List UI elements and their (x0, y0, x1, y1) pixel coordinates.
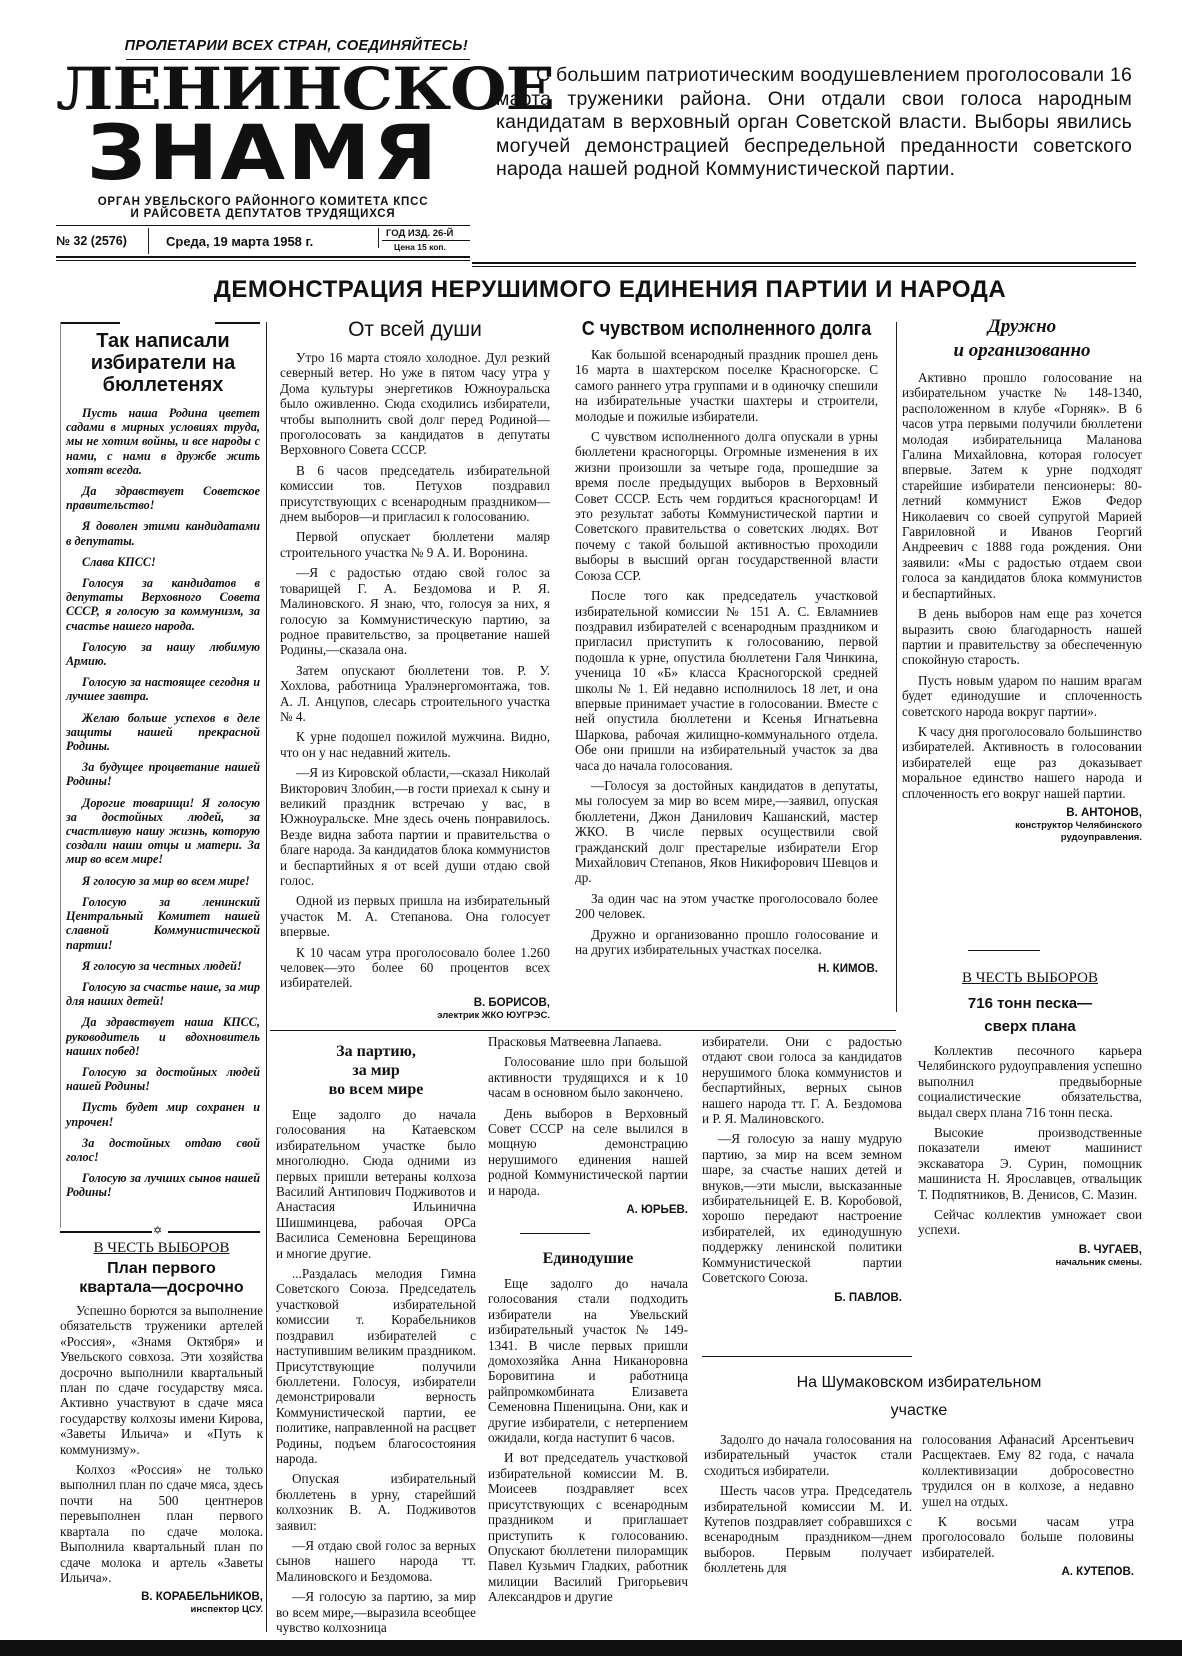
party-paragraph: Опуская избирательный бюллетень в урну, … (276, 1471, 476, 1533)
ballot-inscription: Да здравствует Советское правительство! (66, 484, 260, 512)
lead-paragraph: С большим патриотическим воодушевлением … (496, 64, 1132, 182)
sand-article: В ЧЕСТЬ ВЫБОРОВ 716 тонн песка— сверх пл… (918, 970, 1142, 1269)
duty-title: С чувством исполненного долга (575, 316, 878, 340)
soul-paragraph: Первой опускает бюллетени маляр строител… (280, 529, 550, 560)
ballot-inscription: За будущее процветание нашей Родины! (66, 760, 260, 788)
ballots-list: Пусть наша Родина цветет садами в мирных… (66, 406, 260, 1200)
ballot-inscription: Да здравствует наша КПСС, руководитель и… (66, 1015, 260, 1058)
organ-line2: И РАЙСОВЕТА ДЕПУТАТОВ ТРУДЯЩИХСЯ (56, 208, 470, 220)
unanimity-author: Б. ПАВЛОВ. (702, 1291, 902, 1305)
party-author: А. ЮРЬЕВ. (488, 1203, 688, 1217)
shumakovo-paragraph: Задолго до начала голосования на избират… (704, 1432, 912, 1478)
ballot-inscription: Голосую за ленинский Центральный Комитет… (66, 895, 260, 952)
ballot-inscription: Слава КПСС! (66, 555, 260, 569)
sand-rubric: В ЧЕСТЬ ВЫБОРОВ (918, 970, 1142, 987)
unanimity-paragraph: —Я голосую за нашу мудрую партию, за мир… (702, 1131, 902, 1285)
party-paragraph: —Я голосую за партию, за мир во всем мир… (276, 1589, 476, 1635)
party-title-line1: За партию, (276, 1042, 476, 1061)
friendly-author-title: рудоуправления. (902, 832, 1142, 844)
plan-author: В. КОРАБЕЛЬНИКОВ, (60, 1590, 263, 1604)
sand-paragraph: Коллектив песочного карьера Челябинского… (918, 1043, 1142, 1120)
soul-paragraph: К урне подошел пожилой мужчина. Видно, ч… (280, 729, 550, 760)
shumakovo-paragraph: голосования Афанасий Арсентьевич Расщект… (922, 1432, 1134, 1509)
issue-number: № 32 (2576) (56, 234, 127, 248)
friendly-title-line1: Дружно (902, 316, 1142, 338)
shumakovo-article: На Шумаковском избирательном участке Зад… (704, 1374, 1134, 1428)
party-paragraph: —Я отдаю свой голос за верных сынов наше… (276, 1538, 476, 1584)
party-paragraph: Голосование шло при большой активности т… (488, 1054, 688, 1100)
sand-title-line1: 716 тонн песка— (918, 995, 1142, 1012)
sand-paragraph: Высокие производственные показатели имею… (918, 1125, 1142, 1202)
duty-paragraph: За один час на этом участке проголосовал… (575, 891, 878, 922)
duty-paragraph: После того как председатель участковой и… (575, 588, 878, 773)
masthead: ПРОЛЕТАРИИ ВСЕХ СТРАН, СОЕДИНЯЙТЕСЬ! ЛЕН… (56, 38, 470, 220)
ballot-inscription: Я голосую за мир во всем мире! (66, 874, 260, 888)
ballot-inscription: Я голосую за честных людей! (66, 959, 260, 973)
party-title-line3: во всем мире (276, 1080, 476, 1099)
ballots-title: Так написали избиратели на бюллетенях (66, 330, 260, 396)
sand-paragraph: Сейчас коллектив умножает свои успехи. (918, 1207, 1142, 1238)
shumakovo-paragraph: К восьми часам утра проголосовало больше… (922, 1514, 1134, 1560)
plan-paragraph: Успешно борются за выполнение обязательс… (60, 1303, 263, 1457)
friendly-article: Дружно и организованно Активно прошло го… (902, 316, 1142, 844)
unanimity-title: Единодушие (488, 1250, 688, 1268)
plan-rubric: В ЧЕСТЬ ВЫБОРОВ (60, 1240, 263, 1257)
party-paragraph: Еще задолго до начала голосования на Кат… (276, 1107, 476, 1261)
friendly-paragraph: Активно прошло голосование на избиратель… (902, 370, 1142, 601)
newspaper-title-line2: ЗНАМЯ (35, 116, 490, 190)
shumakovo-title-line2: участке (704, 1402, 1134, 1420)
shumakovo-title-line1: На Шумаковском избирательном (704, 1374, 1134, 1392)
soul-paragraph: К 10 часам утра проголосовало более 1.26… (280, 945, 550, 991)
friendly-paragraph: К часу дня проголосовало большинство изб… (902, 724, 1142, 801)
slogan: ПРОЛЕТАРИИ ВСЕХ СТРАН, СОЕДИНЯЙТЕСЬ! (56, 38, 470, 54)
party-paragraph: День выборов в Верховный Совет СССР на с… (488, 1106, 688, 1198)
soul-paragraph: Утро 16 марта стояло холодное. Дул резки… (280, 350, 550, 458)
party-paragraph: Прасковья Матвеевна Лапаева. (488, 1034, 688, 1049)
plan-title: План первого квартала—досрочно (60, 1259, 263, 1297)
unanimity-article-continued: избиратели. Они с радостью отдают свои г… (702, 1034, 902, 1305)
soul-paragraph: —Я из Кировской области,—сказал Николай … (280, 765, 550, 888)
ballot-inscription: Желаю больше успехов в деле защиты нашей… (66, 711, 260, 754)
duty-paragraph: Как большой всенародный праздник прошел … (575, 347, 878, 424)
soul-paragraph: В 6 часов председатель избирательной ком… (280, 463, 550, 525)
soul-paragraph: —Я с радостью отдаю свой голос за товари… (280, 565, 550, 657)
soul-paragraph: Одной из первых пришла на избирательный … (280, 893, 550, 939)
soul-title: От всей души (280, 318, 550, 342)
ballot-inscription: Голосую за лучших сынов нашей Родины! (66, 1171, 260, 1199)
duty-paragraph: —Голосуя за достойных кандидатов в депут… (575, 778, 878, 886)
soul-article: От всей души Утро 16 марта стояло холодн… (280, 318, 550, 1022)
party-paragraph: ...Раздалась мелодия Гимна Советского Со… (276, 1266, 476, 1466)
ballot-inscription: Я доволен этими кандидатами в депутаты. (66, 519, 260, 547)
friendly-author-title: конструктор Челябинского (902, 820, 1142, 832)
friendly-author: В. АНТОНОВ, (902, 806, 1142, 820)
party-title-line2: за мир (276, 1061, 476, 1080)
ballot-inscription: Голосую за нашу любимую Армию. (66, 640, 260, 668)
price: Цена 15 коп. (394, 242, 446, 252)
soul-paragraph: Затем опускают бюллетени тов. Р. У. Хохл… (280, 663, 550, 725)
star-ornament-icon: ✡ (153, 1224, 162, 1237)
issue-date: Среда, 19 марта 1958 г. (166, 234, 313, 249)
friendly-title-line2: и организованно (902, 340, 1142, 362)
duty-author: Н. КИМОВ. (575, 962, 878, 976)
sand-author-title: начальник смены. (918, 1257, 1142, 1269)
duty-paragraph: Дружно и организованно прошло голосовани… (575, 927, 878, 958)
duty-article: С чувством исполненного долга Как большо… (575, 318, 878, 976)
sand-title-line2: сверх плана (918, 1018, 1142, 1035)
plan-paragraph: Колхоз «Россия» не только выполнил план … (60, 1462, 263, 1585)
ballot-inscription: Пусть будет мир сохранен и упрочен! (66, 1100, 260, 1128)
shumakovo-paragraph: Шесть часов утра. Председатель избирател… (704, 1483, 912, 1575)
organ-line1: ОРГАН УВЕЛЬСКОГО РАЙОННОГО КОМИТЕТА КПСС (56, 196, 470, 208)
sand-author: В. ЧУГАЕВ, (918, 1243, 1142, 1257)
year-of-issue: ГОД ИЗД. 26-Й (386, 228, 453, 239)
soul-author-title: электрик ЖКО ЮУГРЭС. (280, 1010, 550, 1022)
soul-author: В. БОРИСОВ, (280, 996, 550, 1010)
unanimity-paragraph: И вот председатель участковой избиратель… (488, 1450, 688, 1604)
ballot-inscription: Голосую за настоящее сегодня и лучшее за… (66, 675, 260, 703)
plan-article: В ЧЕСТЬ ВЫБОРОВ План первого квартала—до… (60, 1240, 263, 1616)
friendly-paragraph: Пусть новым ударом по нашим врагам будет… (902, 673, 1142, 719)
unanimity-paragraph: Еще задолго до начала голосования стали … (488, 1276, 688, 1445)
ballot-inscription: Дорогие товарищи! Я голосую за достойных… (66, 796, 260, 867)
issue-info-bar: № 32 (2576) Среда, 19 марта 1958 г. ГОД … (56, 228, 470, 254)
scan-edge (0, 1640, 1182, 1656)
banner-headline: ДЕМОНСТРАЦИЯ НЕРУШИМОГО ЕДИНЕНИЯ ПАРТИИ … (140, 276, 1080, 304)
ballots-section: Так написали избиратели на бюллетенях Пу… (66, 330, 260, 1207)
ballot-inscription: Голосуя за кандидатов в депутаты Верховн… (66, 576, 260, 633)
unanimity-paragraph: избиратели. Они с радостью отдают свои г… (702, 1034, 902, 1126)
ballot-inscription: Голосую за достойных людей нашей Родины! (66, 1065, 260, 1093)
duty-paragraph: С чувством исполненного долга опускали в… (575, 429, 878, 583)
friendly-paragraph: В день выборов нам еще раз хочется выраз… (902, 606, 1142, 668)
plan-author-title: инспектор ЦСУ. (60, 1604, 263, 1616)
ballot-inscription: Голосую за счастье наше, за мир для наши… (66, 980, 260, 1008)
shumakovo-author: А. КУТЕПОВ. (922, 1565, 1134, 1579)
ballot-inscription: За достойных отдаю свой голос! (66, 1136, 260, 1164)
ballot-inscription: Пусть наша Родина цветет садами в мирных… (66, 406, 260, 477)
